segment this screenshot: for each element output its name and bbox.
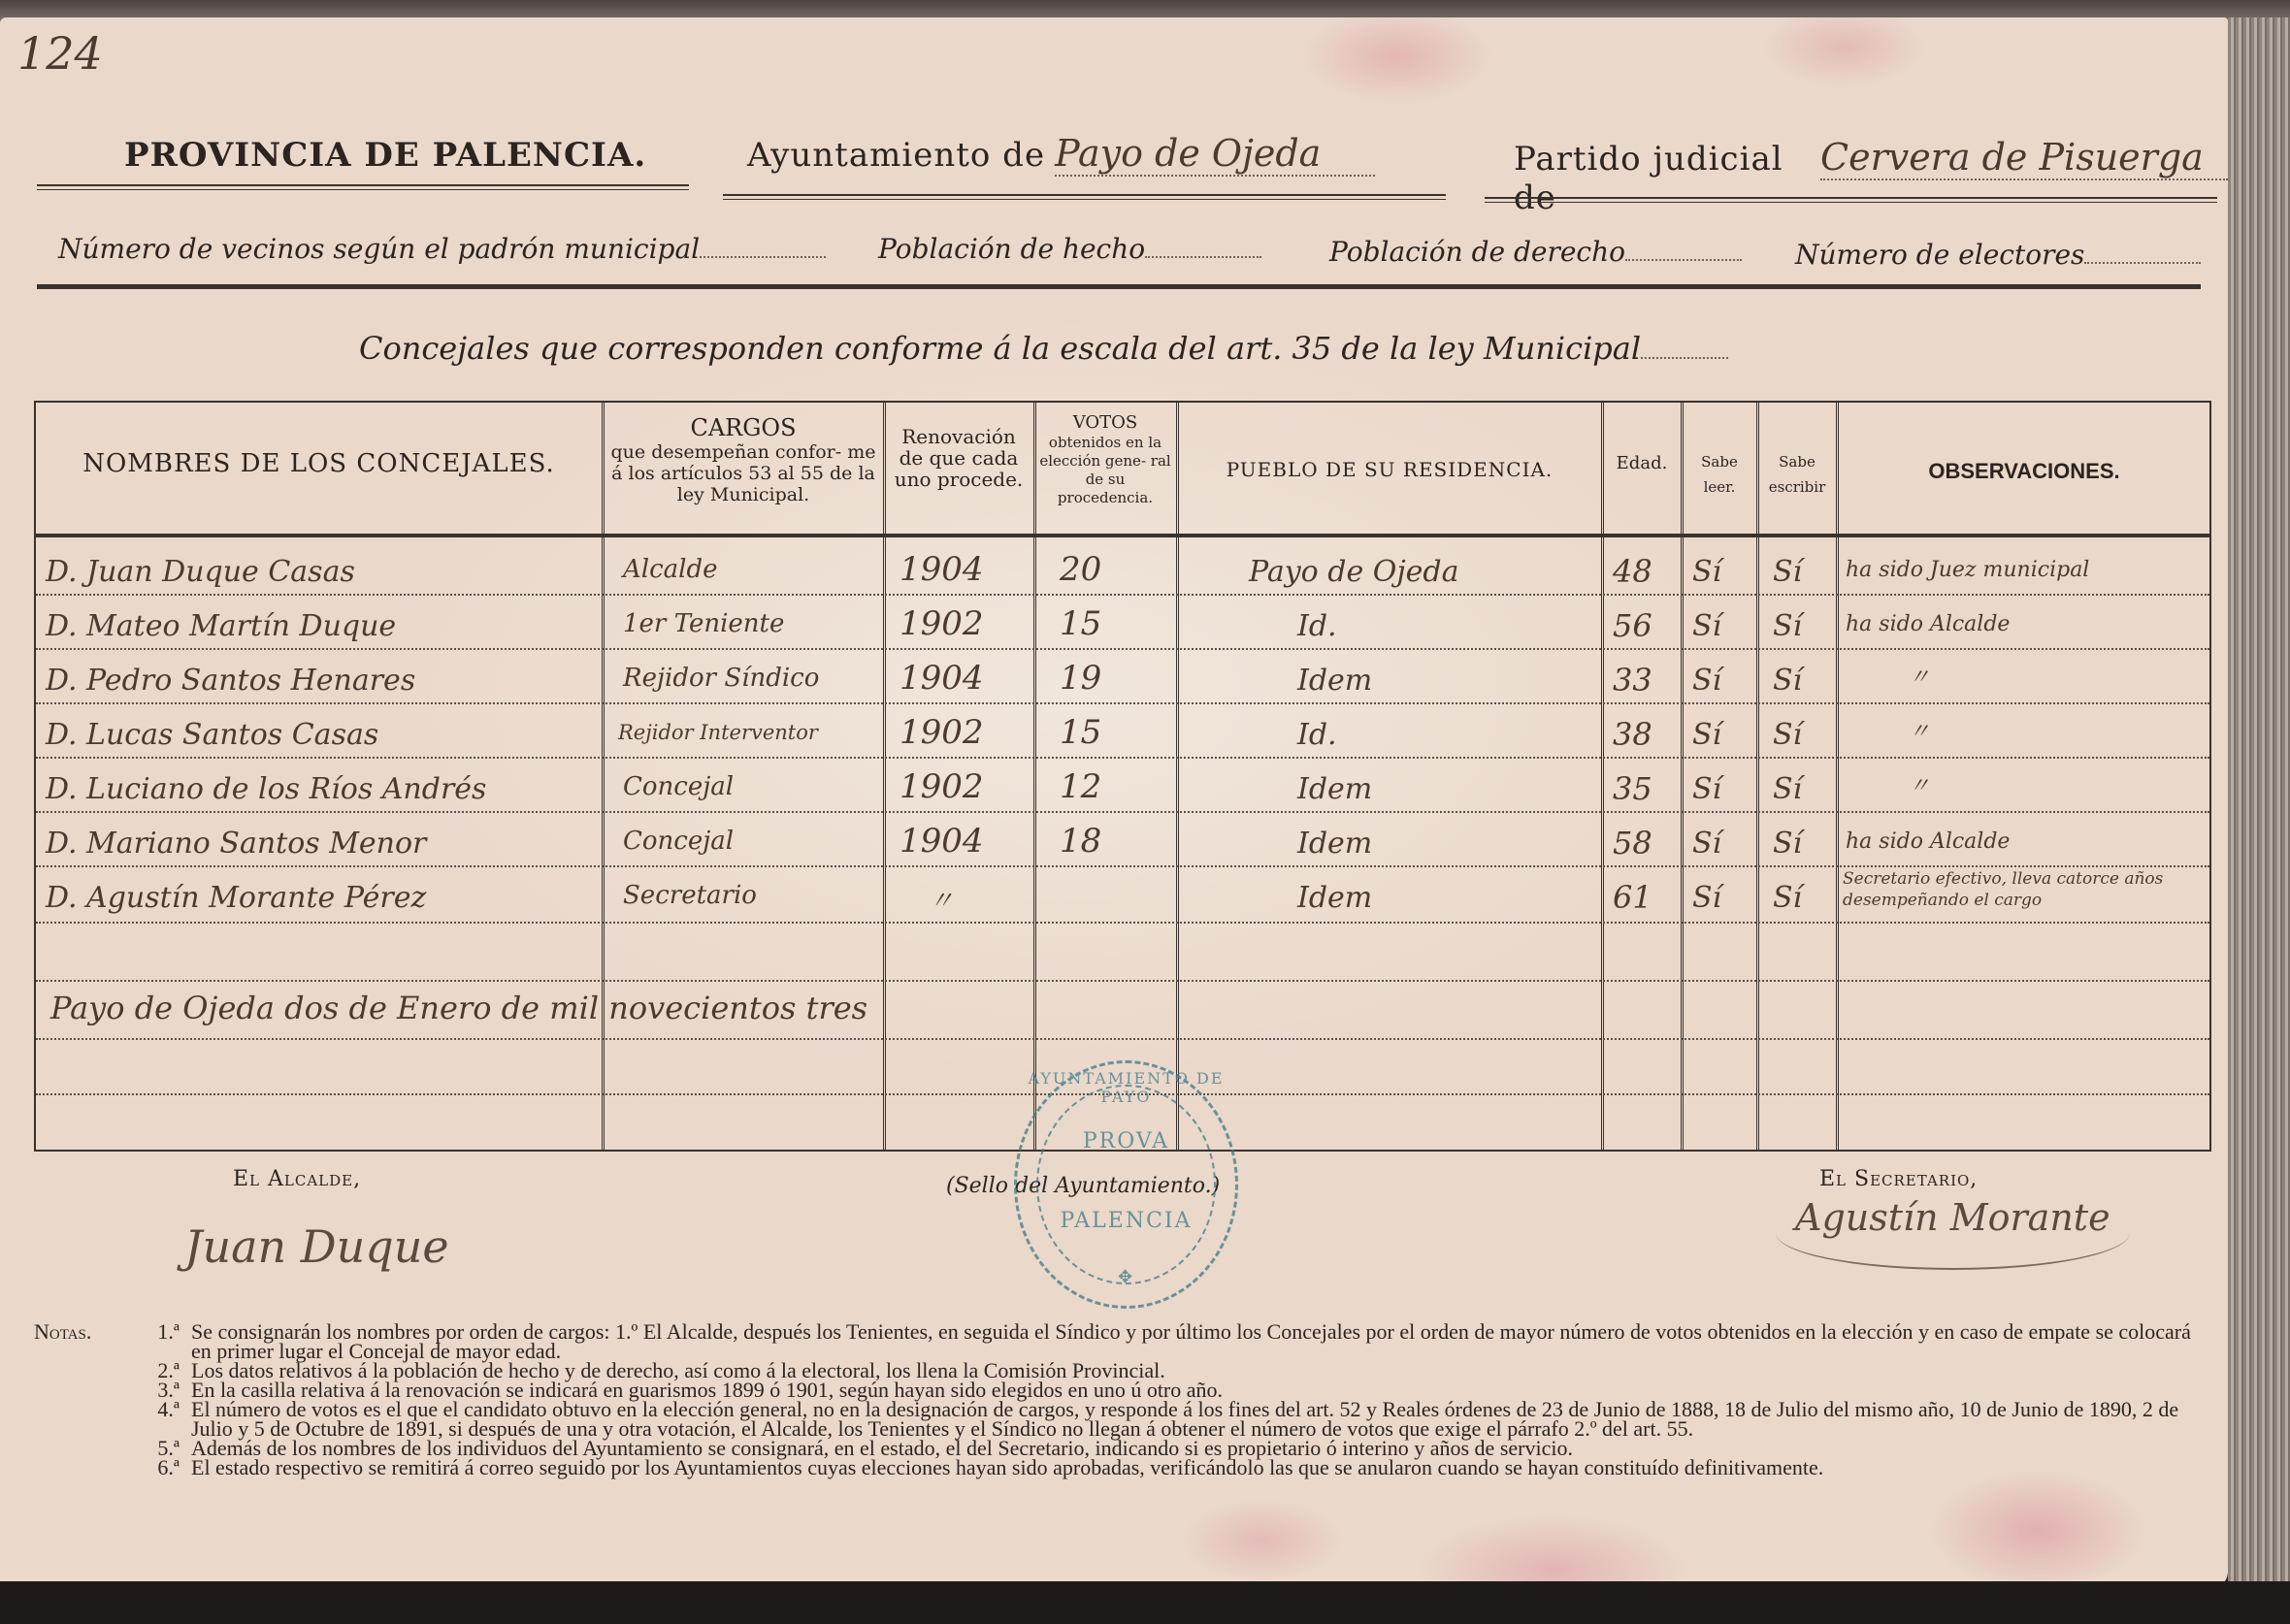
- partido-label: Partido judicial de: [1514, 140, 1811, 217]
- header-votos-title: VOTOS: [1037, 412, 1173, 434]
- header-divider: [36, 534, 2209, 537]
- seal-ornament-icon: ✥: [1017, 1267, 1235, 1287]
- note-text: El estado respectivo se remitirá á corre…: [191, 1458, 2208, 1478]
- header-pueblo: PUEBLO DE SU RESIDENCIA.: [1180, 459, 1599, 480]
- cell-nombre: D. Pedro Santos Henares: [46, 664, 415, 698]
- cell-leer: Sí: [1692, 664, 1721, 698]
- background-dark: [0, 1581, 2290, 1624]
- header-renovacion: Renovación de que cada uno procede.: [887, 426, 1030, 490]
- header-divider: [723, 194, 1446, 200]
- cell-votos: 12: [1060, 767, 1101, 806]
- note-item: 4.ªEl número de votos es el que el candi…: [102, 1400, 2208, 1439]
- cell-renovacion: 〃: [929, 881, 954, 917]
- row-rule: [36, 648, 2209, 650]
- row-rule: [36, 811, 2209, 813]
- secretario-signature: Agustín Morante: [1776, 1196, 2130, 1270]
- cell-edad: 33: [1613, 662, 1652, 698]
- cell-escribir: Sí: [1773, 664, 1802, 698]
- notes-label: Notas.: [34, 1322, 91, 1342]
- row-rule: [36, 922, 2209, 924]
- header-cargos-title: CARGOS: [605, 414, 881, 441]
- cell-pueblo: Id.: [1297, 609, 1337, 643]
- cell-nombre: D. Agustín Morante Pérez: [46, 881, 426, 915]
- cell-observaciones: ha sido Juez municipal: [1846, 558, 2089, 582]
- cell-observaciones: ha sido Alcalde: [1846, 612, 2010, 636]
- header-divider: [1485, 197, 2217, 203]
- concejales-table: NOMBRES DE LOS CONCEJALES. CARGOS que de…: [34, 401, 2211, 1152]
- header-escribir: Sabe escribir: [1760, 449, 1834, 500]
- cell-edad: 61: [1613, 879, 1652, 916]
- page-number: 124: [17, 27, 103, 80]
- cell-nombre: D. Luciano de los Ríos Andrés: [46, 772, 486, 806]
- cell-leer: Sí: [1692, 555, 1721, 589]
- cell-edad: 58: [1613, 825, 1652, 861]
- cell-leer: Sí: [1692, 881, 1721, 915]
- closing-date-line: Payo de Ojeda dos de Enero de mil noveci…: [50, 990, 867, 1026]
- seal-ring-text: AYUNTAMIENTO DE PAYO: [1017, 1069, 1235, 1106]
- notes-section: Notas. 1.ªSe consignarán los nombres por…: [34, 1322, 2208, 1478]
- vecinos-value: [700, 256, 826, 258]
- note-number: 1.ª: [102, 1322, 191, 1361]
- alcalde-label: El Alcalde,: [233, 1167, 361, 1191]
- hecho-label: Población de hecho: [878, 233, 1145, 265]
- cell-escribir: Sí: [1773, 555, 1802, 589]
- seal-inner-ring: [1036, 1085, 1216, 1284]
- cell-renovacion: 1902: [900, 713, 984, 752]
- header-nombres: NOMBRES DE LOS CONCEJALES.: [36, 453, 602, 474]
- header-divider: [37, 184, 689, 190]
- alcalde-signature: Juan Duque: [184, 1220, 449, 1273]
- cell-edad: 56: [1613, 607, 1652, 644]
- municipal-seal: AYUNTAMIENTO DE PAYO PROVA PALENCIA ✥: [1014, 1060, 1238, 1309]
- derecho-label: Población de derecho: [1329, 236, 1625, 268]
- cell-observaciones: Secretario efectivo, lleva catorce años …: [1843, 868, 2202, 911]
- cell-cargo: Secretario: [623, 881, 757, 910]
- cell-pueblo: Idem: [1297, 664, 1372, 698]
- cell-leer: Sí: [1692, 772, 1721, 806]
- cell-renovacion: 1904: [900, 550, 984, 589]
- note-item: 6.ªEl estado respectivo se remitirá á co…: [102, 1458, 2208, 1478]
- cell-votos: 15: [1060, 713, 1101, 752]
- ayuntamiento-label: Ayuntamiento de: [747, 136, 1045, 175]
- cell-leer: Sí: [1692, 718, 1721, 752]
- cell-pueblo: Idem: [1297, 772, 1372, 806]
- cell-escribir: Sí: [1773, 772, 1802, 806]
- cell-edad: 38: [1613, 716, 1652, 753]
- cell-nombre: D. Juan Duque Casas: [46, 555, 355, 589]
- cell-renovacion: 1904: [900, 822, 984, 861]
- cell-pueblo: Idem: [1297, 827, 1372, 861]
- cell-cargo: 1er Teniente: [623, 609, 784, 638]
- cell-votos: 18: [1060, 822, 1101, 861]
- cell-renovacion: 1904: [900, 659, 984, 698]
- note-number: 4.ª: [102, 1400, 191, 1439]
- secretario-label: El Secretario,: [1819, 1167, 1978, 1191]
- document-page: 124 PROVINCIA DE PALENCIA. Ayuntamiento …: [0, 17, 2228, 1589]
- row-rule: [36, 865, 2209, 867]
- book-page-edges: [2228, 17, 2290, 1608]
- cell-edad: 35: [1613, 770, 1652, 807]
- cell-leer: Sí: [1692, 609, 1721, 643]
- cell-observaciones: 〃: [1909, 715, 1930, 745]
- derecho-value: [1625, 259, 1742, 261]
- row-rule: [36, 594, 2209, 596]
- cell-cargo: Concejal: [623, 772, 734, 801]
- seal-line1: PROVA: [1017, 1129, 1235, 1153]
- header-votos-sub: obtenidos en la elección gene- ral de su…: [1037, 434, 1173, 507]
- cell-observaciones: 〃: [1909, 769, 1930, 799]
- cell-cargo: Concejal: [623, 827, 734, 856]
- cell-pueblo: Idem: [1297, 881, 1372, 915]
- row-rule: [36, 980, 2209, 982]
- census-divider: [37, 284, 2201, 289]
- cell-renovacion: 1902: [900, 604, 984, 643]
- cell-nombre: D. Mateo Martín Duque: [46, 609, 396, 643]
- row-rule: [36, 757, 2209, 759]
- header-observaciones: OBSERVACIONES.: [1840, 461, 2208, 482]
- cell-cargo: Rejidor Interventor: [618, 721, 818, 744]
- cell-pueblo: Payo de Ojeda: [1249, 555, 1459, 589]
- cell-observaciones: ha sido Alcalde: [1846, 829, 2010, 854]
- cell-pueblo: Id.: [1297, 718, 1337, 752]
- header-edad: Edad.: [1605, 453, 1679, 474]
- partido-value: Cervera de Pisuerga: [1820, 136, 2228, 180]
- seal-line2: PALENCIA: [1017, 1209, 1235, 1233]
- cell-renovacion: 1902: [900, 767, 984, 806]
- cell-leer: Sí: [1692, 827, 1721, 861]
- electores-label: Número de electores: [1795, 239, 2084, 271]
- cell-cargo: Alcalde: [623, 555, 718, 584]
- cell-nombre: D. Mariano Santos Menor: [46, 827, 426, 861]
- ayuntamiento-value: Payo de Ojeda: [1055, 132, 1375, 177]
- concejales-dots: [1641, 357, 1728, 359]
- header-cargos-sub: que desempeñan confor- me á los artículo…: [605, 441, 881, 505]
- note-item: 1.ªSe consignarán los nombres por orden …: [102, 1322, 2208, 1361]
- cell-edad: 48: [1613, 553, 1652, 590]
- header-leer: Sabe leer.: [1685, 449, 1754, 500]
- cell-escribir: Sí: [1773, 881, 1802, 915]
- cell-escribir: Sí: [1773, 718, 1802, 752]
- cell-observaciones: 〃: [1909, 661, 1930, 691]
- cell-escribir: Sí: [1773, 827, 1802, 861]
- cell-cargo: Rejidor Síndico: [623, 664, 819, 693]
- cell-escribir: Sí: [1773, 609, 1802, 643]
- hecho-value: [1145, 256, 1261, 258]
- cell-votos: 20: [1060, 550, 1101, 589]
- concejales-line: Concejales que corresponden conforme á l…: [359, 330, 1641, 367]
- vecinos-label: Número de vecinos según el padrón munici…: [58, 233, 700, 265]
- cell-votos: 15: [1060, 604, 1101, 643]
- cell-votos: 19: [1060, 659, 1101, 698]
- note-text: Se consignarán los nombres por orden de …: [191, 1322, 2208, 1361]
- note-number: 6.ª: [102, 1458, 191, 1478]
- electores-value: [2084, 262, 2201, 264]
- note-text: El número de votos es el que el candidat…: [191, 1400, 2208, 1439]
- row-rule: [36, 1038, 2209, 1040]
- cell-nombre: D. Lucas Santos Casas: [46, 718, 378, 752]
- provincia-title: PROVINCIA DE PALENCIA.: [124, 136, 646, 175]
- row-rule: [36, 702, 2209, 704]
